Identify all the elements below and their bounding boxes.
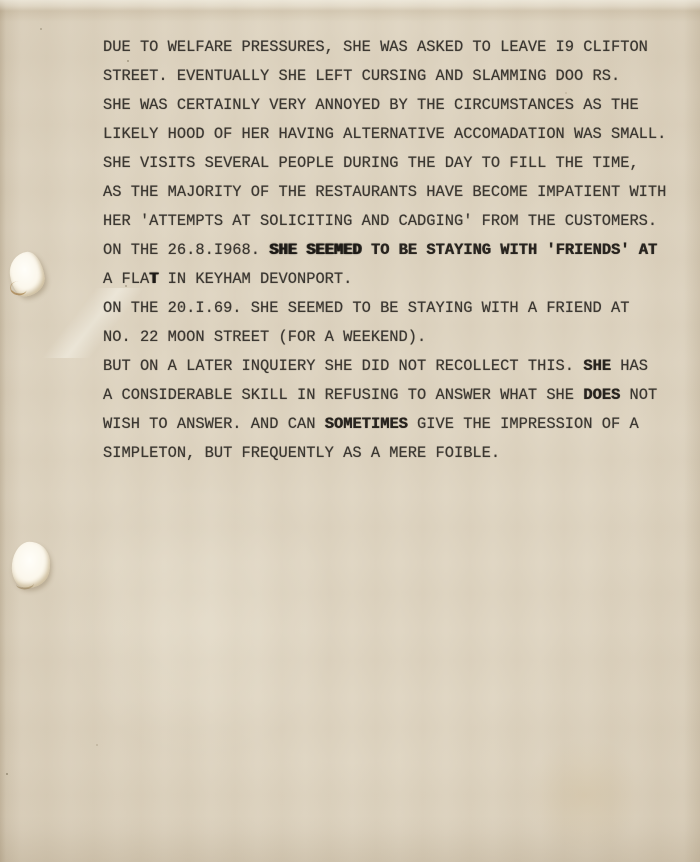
typewritten-line: AS THE MAJORITY OF THE RESTAURANTS HAVE … <box>103 178 683 207</box>
text-segment: ON THE 20.I.69. SHE SEEMED TO BE STAYING… <box>103 299 629 317</box>
typewritten-line: DUE TO WELFARE PRESSURES, SHE WAS ASKED … <box>103 33 683 62</box>
text-segment: STREET. EVENTUALLY SHE LEFT CURSING AND … <box>103 67 620 85</box>
torn-punch-hole-bottom <box>10 540 53 590</box>
torn-punch-hole-top <box>7 250 47 298</box>
text-segment: WISH TO ANSWER. AND CAN <box>103 415 325 433</box>
text-segment: NO. 22 MOON STREET (FOR A WEEKEND). <box>103 328 426 346</box>
typewritten-line: A CONSIDERABLE SKILL IN REFUSING TO ANSW… <box>103 381 683 410</box>
typewritten-text: DUE TO WELFARE PRESSURES, SHE WAS ASKED … <box>103 33 683 468</box>
text-segment: A FLA <box>103 270 149 288</box>
text-segment: LIKELY HOOD OF HER HAVING ALTERNATIVE AC… <box>103 125 666 143</box>
paper-page: DUE TO WELFARE PRESSURES, SHE WAS ASKED … <box>0 0 700 862</box>
text-segment: TO BE STAYING WITH 'FRIENDS' AT <box>362 241 658 259</box>
typewritten-line: BUT ON A LATER INQUIERY SHE DID NOT RECO… <box>103 352 683 381</box>
text-segment: IN KEYHAM DEVONPORT. <box>158 270 352 288</box>
text-segment: BUT ON A LATER INQUIERY SHE DID NOT RECO… <box>103 357 583 375</box>
text-segment: SHE SEEMED <box>269 241 361 259</box>
text-segment: AS THE MAJORITY OF THE RESTAURANTS HAVE … <box>103 183 666 201</box>
typewritten-line: WISH TO ANSWER. AND CAN SOMETIMES GIVE T… <box>103 410 683 439</box>
text-segment: SHE WAS CERTAINLY VERY ANNOYED BY THE CI… <box>103 96 639 114</box>
typewritten-line: SIMPLETON, BUT FREQUENTLY AS A MERE FOIB… <box>103 439 683 468</box>
typewritten-line: NO. 22 MOON STREET (FOR A WEEKEND). <box>103 323 683 352</box>
typewritten-line: ON THE 20.I.69. SHE SEEMED TO BE STAYING… <box>103 294 683 323</box>
text-segment: ON THE 26.8.I968. <box>103 241 269 259</box>
typewritten-line: ON THE 26.8.I968. SHE SEEMED TO BE STAYI… <box>103 236 683 265</box>
text-segment: SHE VISITS SEVERAL PEOPLE DURING THE DAY… <box>103 154 639 172</box>
text-segment: HAS <box>611 357 648 375</box>
text-segment: DUE TO WELFARE PRESSURES, SHE WAS ASKED … <box>103 38 648 56</box>
text-segment: DOES <box>583 386 620 404</box>
typewritten-line: HER 'ATTEMPTS AT SOLICITING AND CADGING'… <box>103 207 683 236</box>
text-segment: SOMETIMES <box>325 415 408 433</box>
text-segment: A CONSIDERABLE SKILL IN REFUSING TO ANSW… <box>103 386 583 404</box>
typewritten-line: A FLAT IN KEYHAM DEVONPORT. <box>103 265 683 294</box>
text-segment: SIMPLETON, BUT FREQUENTLY AS A MERE FOIB… <box>103 444 500 462</box>
text-segment: NOT <box>620 386 657 404</box>
text-segment: HER 'ATTEMPTS AT SOLICITING AND CADGING'… <box>103 212 657 230</box>
text-segment: SHE <box>583 357 611 375</box>
typewritten-line: LIKELY HOOD OF HER HAVING ALTERNATIVE AC… <box>103 120 683 149</box>
text-segment: GIVE THE IMPRESSION OF A <box>408 415 639 433</box>
typewritten-line: SHE VISITS SEVERAL PEOPLE DURING THE DAY… <box>103 149 683 178</box>
typewritten-line: STREET. EVENTUALLY SHE LEFT CURSING AND … <box>103 62 683 91</box>
typewritten-line: SHE WAS CERTAINLY VERY ANNOYED BY THE CI… <box>103 91 683 120</box>
